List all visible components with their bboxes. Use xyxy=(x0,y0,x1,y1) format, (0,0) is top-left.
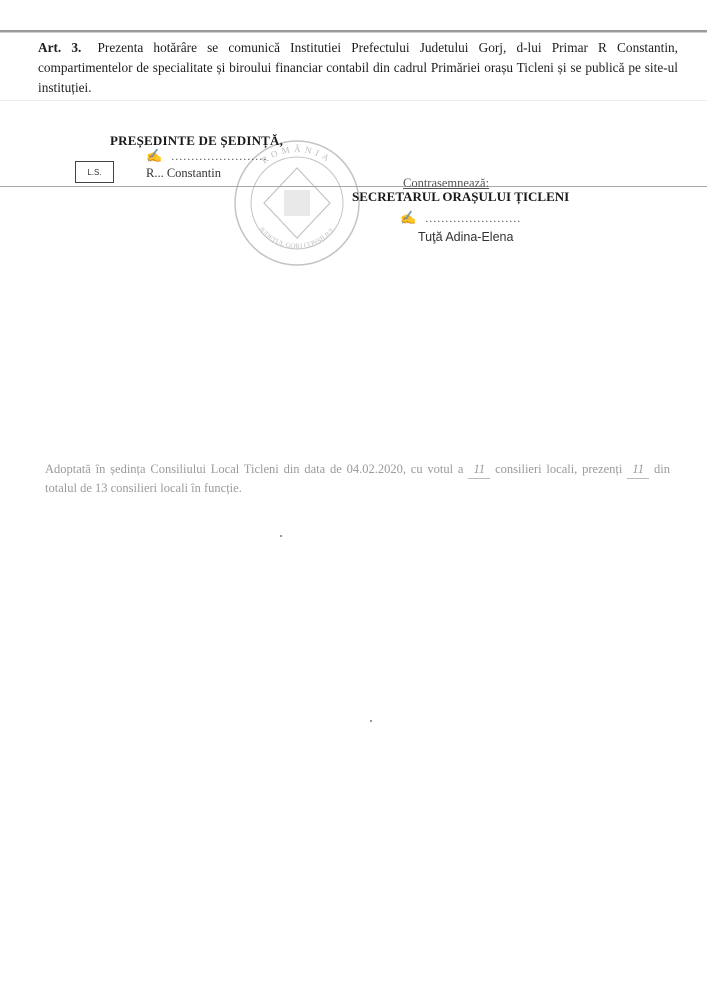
scan-speck xyxy=(280,535,282,537)
present-count: 11 xyxy=(627,460,649,479)
votes-count: 11 xyxy=(468,460,490,479)
president-name: R... Constantin xyxy=(146,166,221,181)
secretary-title: SECRETARUL ORAȘULUI ȚICLENI xyxy=(352,189,569,205)
top-divider xyxy=(0,30,707,32)
ls-seal-box: L.S. xyxy=(75,161,114,183)
secretary-signature-line: ✍ ........................ xyxy=(400,210,521,226)
pen-icon: ✍ xyxy=(146,148,163,163)
article-3: Art. 3. Prezenta hotărâre se comunică In… xyxy=(38,38,678,98)
official-stamp-icon: ROMÂNIA JUDEȚUL GORJ CONSILIUL xyxy=(232,138,362,268)
article-number: Art. 3. xyxy=(38,40,81,55)
secretary-name: Tuţă Adina-Elena xyxy=(418,230,513,244)
scan-speck xyxy=(636,70,638,72)
article-text: Prezenta hotărâre se comunică Institutie… xyxy=(38,40,678,95)
section-divider xyxy=(0,100,707,101)
scan-speck xyxy=(370,720,372,722)
pen-icon: ✍ xyxy=(400,210,417,225)
secretary-signature-dots: ........................ xyxy=(425,211,521,225)
adoption-prefix: Adoptată în ședința Consiliului Local Ti… xyxy=(45,462,463,476)
signature-divider xyxy=(0,186,707,187)
adoption-mid: consilieri locali, prezenți xyxy=(495,462,622,476)
adoption-note: Adoptată în ședința Consiliului Local Ti… xyxy=(45,460,670,497)
